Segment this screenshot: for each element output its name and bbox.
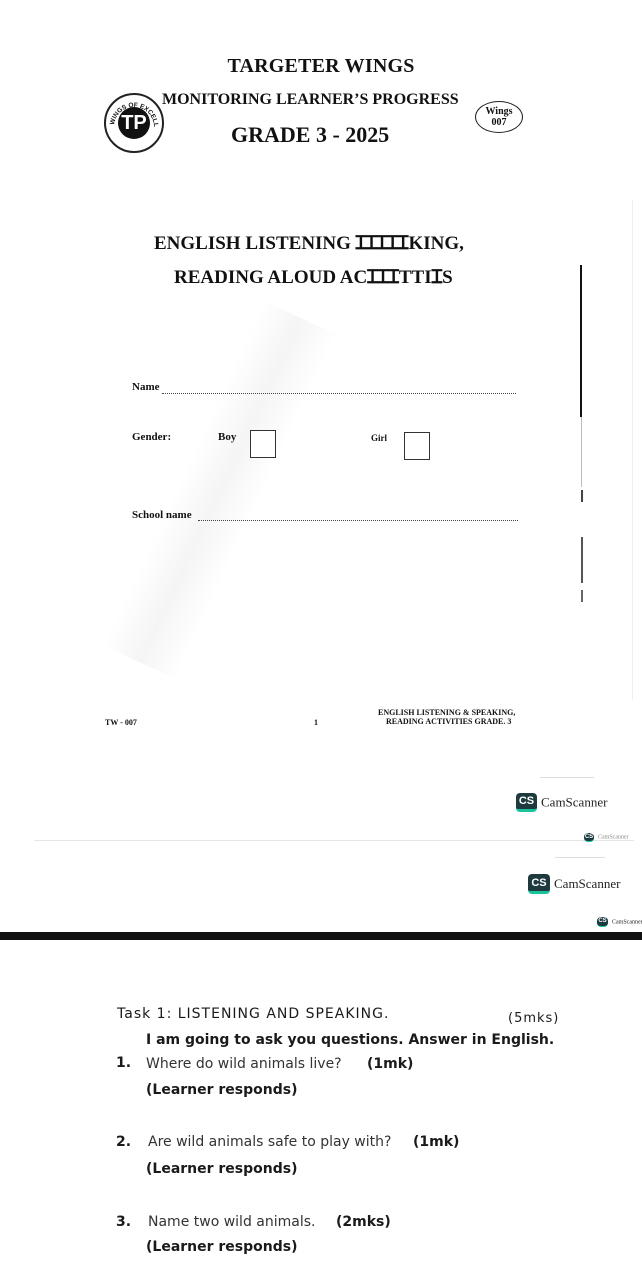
badge-line1: Wings xyxy=(476,106,522,117)
learner-response-note: (Learner responds) xyxy=(146,1161,298,1177)
org-name: TARGETER WINGS xyxy=(0,55,642,78)
faint-line xyxy=(540,777,594,778)
camscanner-label: CamScanner xyxy=(541,795,607,810)
camscanner-watermark-small: CS CamScanner xyxy=(584,828,629,846)
boy-label: Boy xyxy=(218,431,236,443)
wings-007-badge: Wings 007 xyxy=(475,101,523,133)
scan-edge-line xyxy=(581,490,583,502)
camscanner-icon: CS xyxy=(516,793,537,812)
gender-label: Gender: xyxy=(132,431,171,443)
learner-response-note: (Learner responds) xyxy=(146,1239,298,1255)
scan-edge-line xyxy=(580,265,582,417)
logo-monogram-disc: TP xyxy=(118,107,150,139)
camscanner-watermark-small: CS CamScanner xyxy=(597,913,642,931)
scanned-cover-page: TARGETER WINGS MONITORING LEARNER’S PROG… xyxy=(0,0,642,932)
header-subtitle: MONITORING LEARNER’S PROGRESS xyxy=(162,91,459,109)
badge-line2: 007 xyxy=(476,117,522,128)
question-text: Are wild animals safe to play with? xyxy=(148,1134,391,1150)
subject-title-line1: ENGLISH LISTENING ꞮꞮꞮꞮꞮKING, xyxy=(154,229,464,255)
camscanner-icon: CS xyxy=(597,917,608,927)
question-number: 3. xyxy=(116,1214,131,1230)
scan-seam xyxy=(34,840,634,841)
question-marks: (1mk) xyxy=(413,1134,459,1150)
camscanner-label: CamScanner xyxy=(598,834,629,840)
camscanner-icon: CS xyxy=(528,874,550,894)
camscanner-label: CamScanner xyxy=(554,876,620,891)
camscanner-watermark: CS CamScanner xyxy=(516,793,607,812)
scan-smudge xyxy=(103,301,336,679)
question-text: Where do wild animals live? xyxy=(146,1056,342,1072)
page-edge xyxy=(632,200,633,700)
logo-monogram: TP xyxy=(118,107,150,139)
scan-edge-line xyxy=(581,590,583,602)
question-number: 2. xyxy=(116,1134,131,1150)
scan-edge-line xyxy=(581,537,583,583)
question-marks: (1mk) xyxy=(367,1056,413,1072)
question-marks: (2mks) xyxy=(336,1214,391,1230)
task-page: Task 1: LISTENING AND SPEAKING. (5mks) I… xyxy=(0,940,642,1274)
footer-code: TW - 007 xyxy=(105,718,137,727)
question-number: 1. xyxy=(116,1055,131,1071)
footer-subject-line1: ENGLISH LISTENING & SPEAKING, xyxy=(378,708,515,717)
footer-subject-line2: READING ACTIVITIES GRADE. 3 xyxy=(386,717,511,726)
subject-title-line2: READING ALOUD ACꞮꞮꞮTTIꞮS xyxy=(174,263,453,289)
footer-page-number: 1 xyxy=(314,718,318,727)
camscanner-watermark: CS CamScanner xyxy=(528,874,620,894)
learner-response-note: (Learner responds) xyxy=(146,1082,298,1098)
camscanner-icon: CS xyxy=(584,833,594,842)
girl-checkbox[interactable] xyxy=(404,432,430,460)
task-title: Task 1: LISTENING AND SPEAKING. xyxy=(117,1006,389,1022)
question-text: Name two wild animals. xyxy=(148,1214,315,1230)
camscanner-label: CamScanner xyxy=(612,919,642,925)
faint-line xyxy=(555,857,605,858)
grade-title: GRADE 3 - 2025 xyxy=(231,122,389,148)
page-divider xyxy=(0,932,642,940)
wings-of-excellence-emblem-icon: WINGS OF EXCELLENCE TP xyxy=(104,93,164,153)
scan-edge-line xyxy=(581,417,582,487)
boy-checkbox[interactable] xyxy=(250,430,276,458)
task-marks: (5mks) xyxy=(508,1011,559,1026)
school-name-field[interactable] xyxy=(198,520,518,521)
school-name-label: School name xyxy=(132,509,192,521)
task-instruction: I am going to ask you questions. Answer … xyxy=(146,1032,554,1048)
name-label: Name xyxy=(132,381,160,393)
girl-label: Girl xyxy=(371,433,387,443)
name-field[interactable] xyxy=(162,393,516,394)
